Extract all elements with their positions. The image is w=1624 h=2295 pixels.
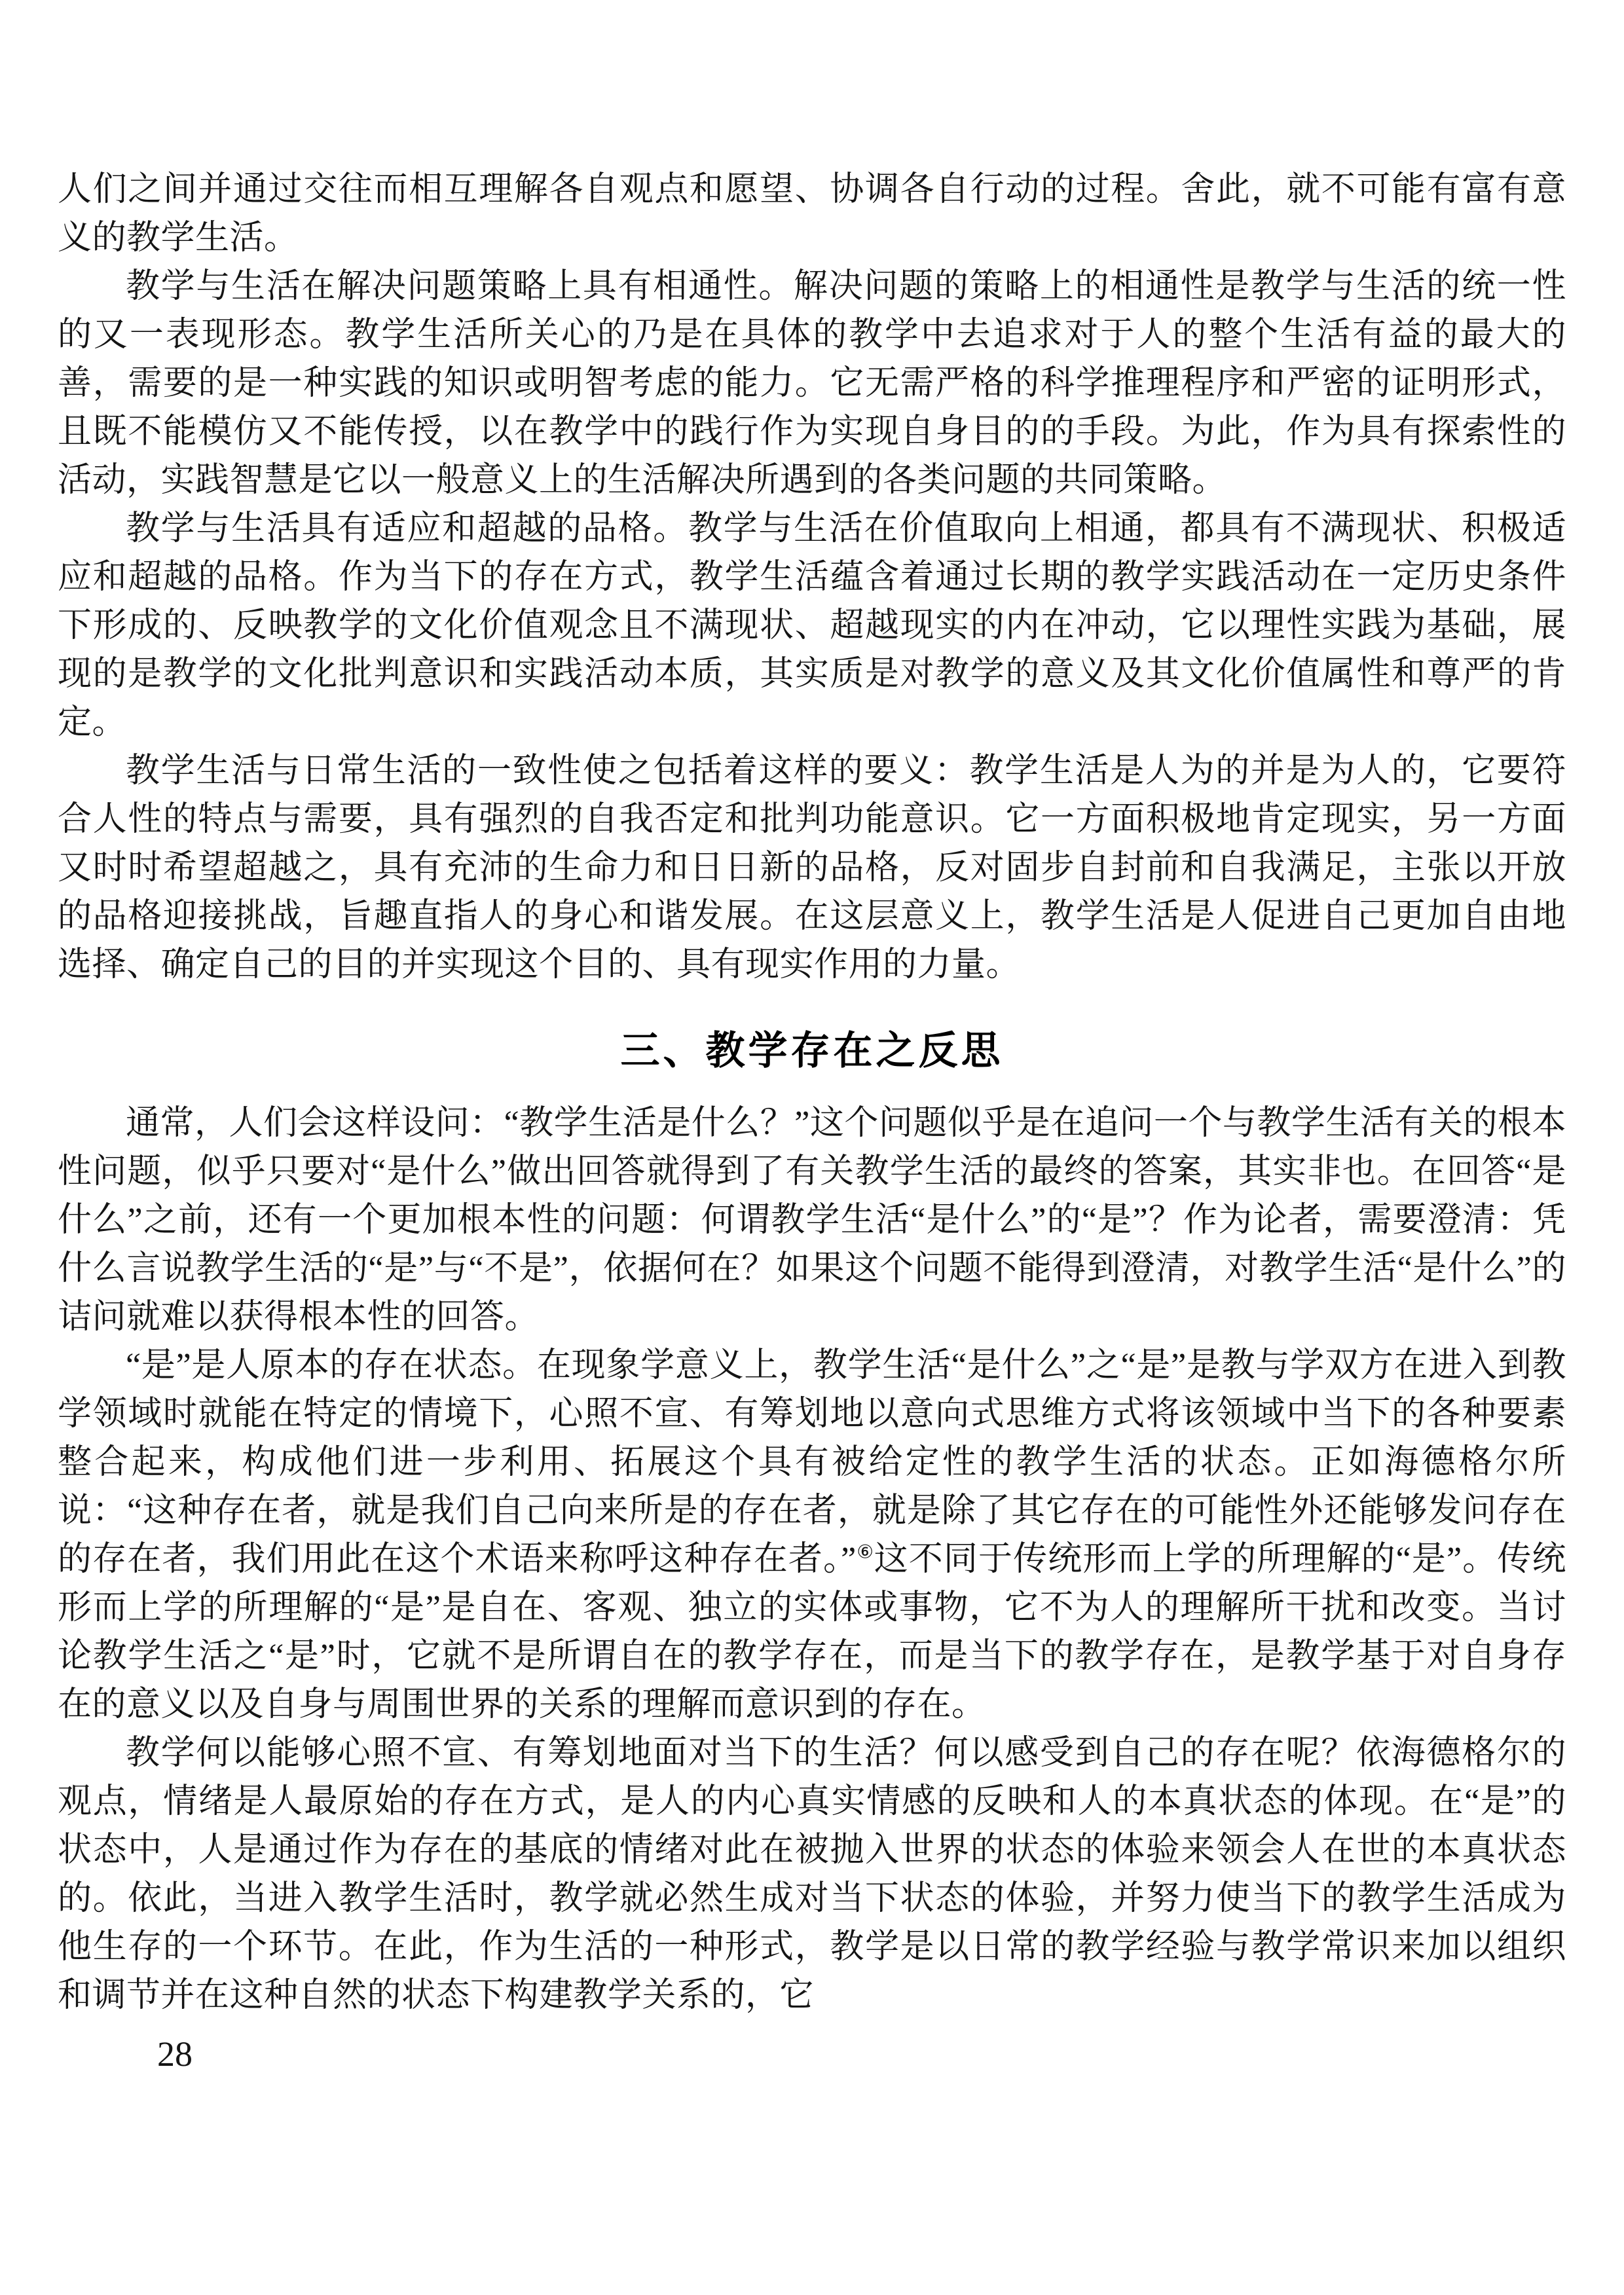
paragraph: 教学与生活具有适应和超越的品格。教学与生活在价值取向上相通，都具有不满现状、积极…: [58, 505, 1566, 747]
paragraph-continuation: 人们之间并通过交往而相互理解各自观点和愿望、协调各自行动的过程。舍此，就不可能有…: [58, 166, 1566, 263]
paragraph: 教学与生活在解决问题策略上具有相通性。解决问题的策略上的相通性是教学与生活的统一…: [58, 263, 1566, 505]
paragraph-with-footnote: “是”是人原本的存在状态。在现象学意义上，教学生活“是什么”之“是”是教与学双方…: [58, 1342, 1566, 1729]
paragraph: 教学何以能够心照不宣、有筹划地面对当下的生活？何以感受到自己的存在呢？依海德格尔…: [58, 1729, 1566, 2020]
section-heading: 三、教学存在之反思: [58, 1021, 1566, 1081]
footnote-mark: ⑥: [857, 1543, 874, 1563]
paragraph: 教学生活与日常生活的一致性使之包括着这样的要义：教学生活是人为的并是为人的，它要…: [58, 747, 1566, 989]
paragraph: 通常，人们会这样设问：“教学生活是什么？”这个问题似乎是在追问一个与教学生活有关…: [58, 1099, 1566, 1342]
page-number: 28: [58, 2034, 1566, 2074]
document-page: 人们之间并通过交往而相互理解各自观点和愿望、协调各自行动的过程。舍此，就不可能有…: [0, 0, 1624, 2295]
